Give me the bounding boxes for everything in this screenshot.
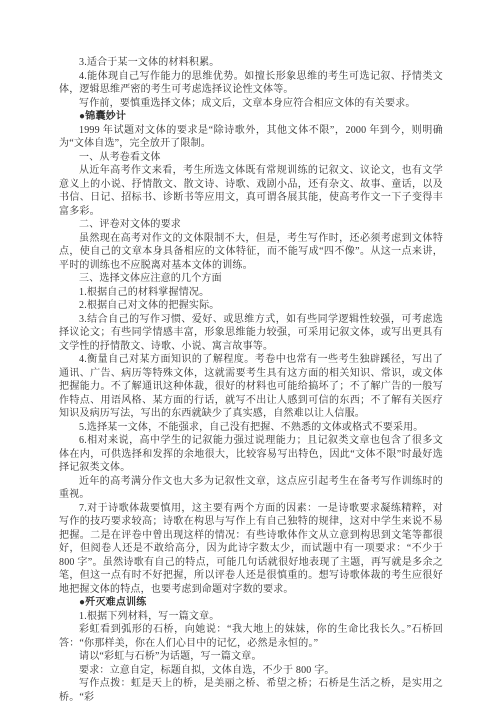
paragraph-item-1: 1.根据自己的材料掌握情况。 — [59, 286, 443, 300]
heading-jianmie-nandian-xunlian: ●歼灭难点训练 — [59, 596, 443, 610]
paragraph-item-4: 4.衡量自己对某方面知识的了解程度。考卷中也常有一些考生独辟蹊径，写出了通讯、广… — [59, 353, 443, 421]
document-body: 3.适合于某一文体的材料积累。 4.能体现自己写作能力的思维优势。如擅长形象思维… — [59, 56, 443, 704]
paragraph-item-2: 2.根据自己对文体的把握实际。 — [59, 299, 443, 313]
subheading-2-grading-requirements: 二、评卷对文体的要求 — [59, 218, 443, 232]
paragraph-point-4: 4.能体现自己写作能力的思维优势。如擅长形象思维的考生可选记叙、抒情类文体，逻辑… — [59, 70, 443, 97]
paragraph-requirements: 要求：立意自定，标题自拟，文体自选，不少于 800 字。 — [59, 664, 443, 678]
paragraph-point-3: 3.适合于某一文体的材料积累。 — [59, 56, 443, 70]
paragraph-full-marks-essays: 近年的高考满分作文也大多为记叙性文章，这点应引起考生在备考写作训练时的重视。 — [59, 475, 443, 502]
paragraph-topic-prompt: 请以“彩虹与石桥”为话题，写一篇文章。 — [59, 650, 443, 664]
paragraph-style-limits: 虽然现在高考对作文的文体限制不大，但是，考生写作时，还必须考虑到文体特点，使自己… — [59, 232, 443, 273]
paragraph-writing-tips: 写作点拨：虹是天上的桥，是美丽之桥、希望之桥；石桥是生活之桥，是实用之桥。“彩 — [59, 677, 443, 704]
heading-jinnang-miaoji: ●锦囊妙计 — [59, 110, 443, 124]
paragraph-rainbow-material: 彩虹看到弧形的石桥，向她说：“我大地上的妹妹，你的生命比我长久。”石桥回答：“你… — [59, 623, 443, 650]
subheading-3-choosing-style: 三、选择文体应注意的几个方面 — [59, 272, 443, 286]
paragraph-item-7: 7.对于诗歌体裁要慎用，这主要有两个方面的因素：一是诗歌要求凝练精粹，对写作的技… — [59, 502, 443, 597]
paragraph-item-6: 6.相对来说，高中学生的记叙能力强过说理能力；且记叙类文章也包含了很多文体在内，… — [59, 434, 443, 475]
document-page: 3.适合于某一文体的材料积累。 4.能体现自己写作能力的思维优势。如擅长形象思维… — [0, 0, 500, 707]
paragraph-item-5: 5.选择某一文体，不能强求，自己没有把握、不熟悉的文体或格式不要采用。 — [59, 421, 443, 435]
paragraph-1999-requirement: 1999 年试题对文体的要求是“除诗歌外，其他文体不限”，2000 年到今，则明… — [59, 124, 443, 151]
subheading-1-exam-papers: 一、从考卷看文体 — [59, 151, 443, 165]
paragraph-before-writing: 写作前，要慎重选择文体；成文后，文章本身应符合相应文体的有关要求。 — [59, 97, 443, 111]
paragraph-exam-styles: 从近年高考作文来看，考生所选文体既有常规训练的记叙文、议论文，也有文学意义上的小… — [59, 164, 443, 218]
paragraph-practice-instruction: 1.根据下列材料，写一篇文章。 — [59, 610, 443, 624]
paragraph-item-3: 3.结合自己的写作习惯、爱好、或思维方式，如有些同学逻辑性较强，可考虑选择议论文… — [59, 313, 443, 354]
